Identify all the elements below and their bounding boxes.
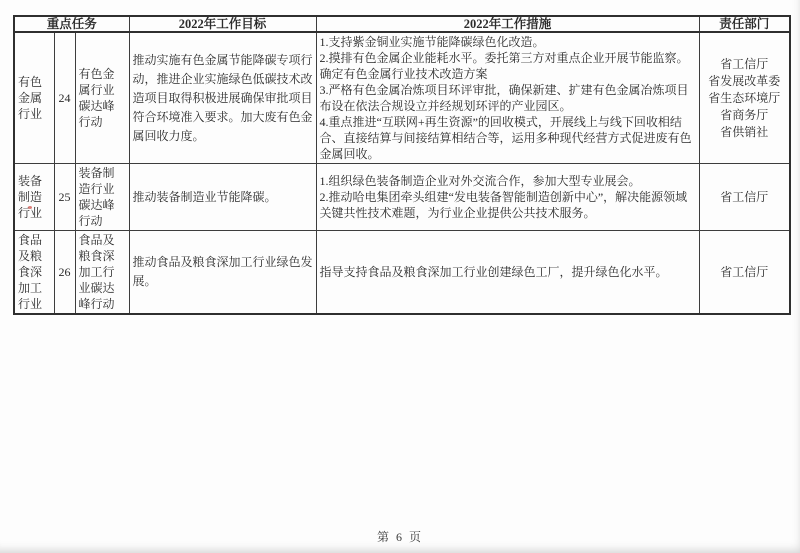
header-2022-goals: 2022年工作目标 bbox=[129, 16, 316, 32]
action-name-cell: 食品及粮食深加工行业碳达峰行动 bbox=[75, 231, 129, 315]
table-header-row: 重点任务 2022年工作目标 2022年工作措施 责任部门 bbox=[14, 16, 790, 32]
header-responsible-dept: 责任部门 bbox=[699, 16, 790, 32]
goal-cell: 推动装备制造业节能降碳。 bbox=[129, 164, 316, 231]
action-name-cell: 装备制造行业碳达峰行动 bbox=[75, 164, 129, 231]
measures-cell: 1.支持紫金铜业实施节能降碳绿色化改造。 2.摸排有色金属企业能耗水平。委托第三… bbox=[316, 32, 699, 164]
red-pen-mark bbox=[28, 206, 32, 209]
department-cell: 省工信厅 省发展改革委 省生态环境厅 省商务厅 省供销社 bbox=[699, 32, 790, 164]
table-row: 装备制造行业 25 装备制造行业碳达峰行动 推动装备制造业节能降碳。 1.组织绿… bbox=[14, 164, 790, 231]
action-name-cell: 有色金属行业碳达峰行动 bbox=[75, 32, 129, 164]
task-number-cell: 24 bbox=[54, 32, 75, 164]
table-row: 食品及粮食深加工行业 26 食品及粮食深加工行业碳达峰行动 推动食品及粮食深加工… bbox=[14, 231, 790, 315]
department-cell: 省工信厅 bbox=[699, 164, 790, 231]
header-key-tasks: 重点任务 bbox=[14, 16, 129, 32]
scanned-document-page: 重点任务 2022年工作目标 2022年工作措施 责任部门 有色金属行业 24 … bbox=[0, 0, 800, 553]
measures-cell: 1.组织绿色装备制造企业对外交流合作，参加大型专业展会。 2.推动哈电集团牵头组… bbox=[316, 164, 699, 231]
goal-cell: 推动食品及粮食深加工行业绿色发展。 bbox=[129, 231, 316, 315]
table-row: 有色金属行业 24 有色金属行业碳达峰行动 推动实施有色金属节能降碳专项行动，推… bbox=[14, 32, 790, 164]
task-number-cell: 25 bbox=[54, 164, 75, 231]
work-plan-table: 重点任务 2022年工作目标 2022年工作措施 责任部门 有色金属行业 24 … bbox=[13, 15, 791, 315]
department-cell: 省工信厅 bbox=[699, 231, 790, 315]
industry-cell: 有色金属行业 bbox=[14, 32, 54, 164]
industry-cell: 装备制造行业 bbox=[14, 164, 54, 231]
header-2022-measures: 2022年工作措施 bbox=[316, 16, 699, 32]
industry-cell: 食品及粮食深加工行业 bbox=[14, 231, 54, 315]
page-number: 第 6 页 bbox=[377, 528, 423, 545]
task-number-cell: 26 bbox=[54, 231, 75, 315]
goal-cell: 推动实施有色金属节能降碳专项行动，推进企业实施绿色低碳技术改造项目取得积极进展确… bbox=[129, 32, 316, 164]
measures-cell: 指导支持食品及粮食深加工行业创建绿色工厂，提升绿色化水平。 bbox=[316, 231, 699, 315]
